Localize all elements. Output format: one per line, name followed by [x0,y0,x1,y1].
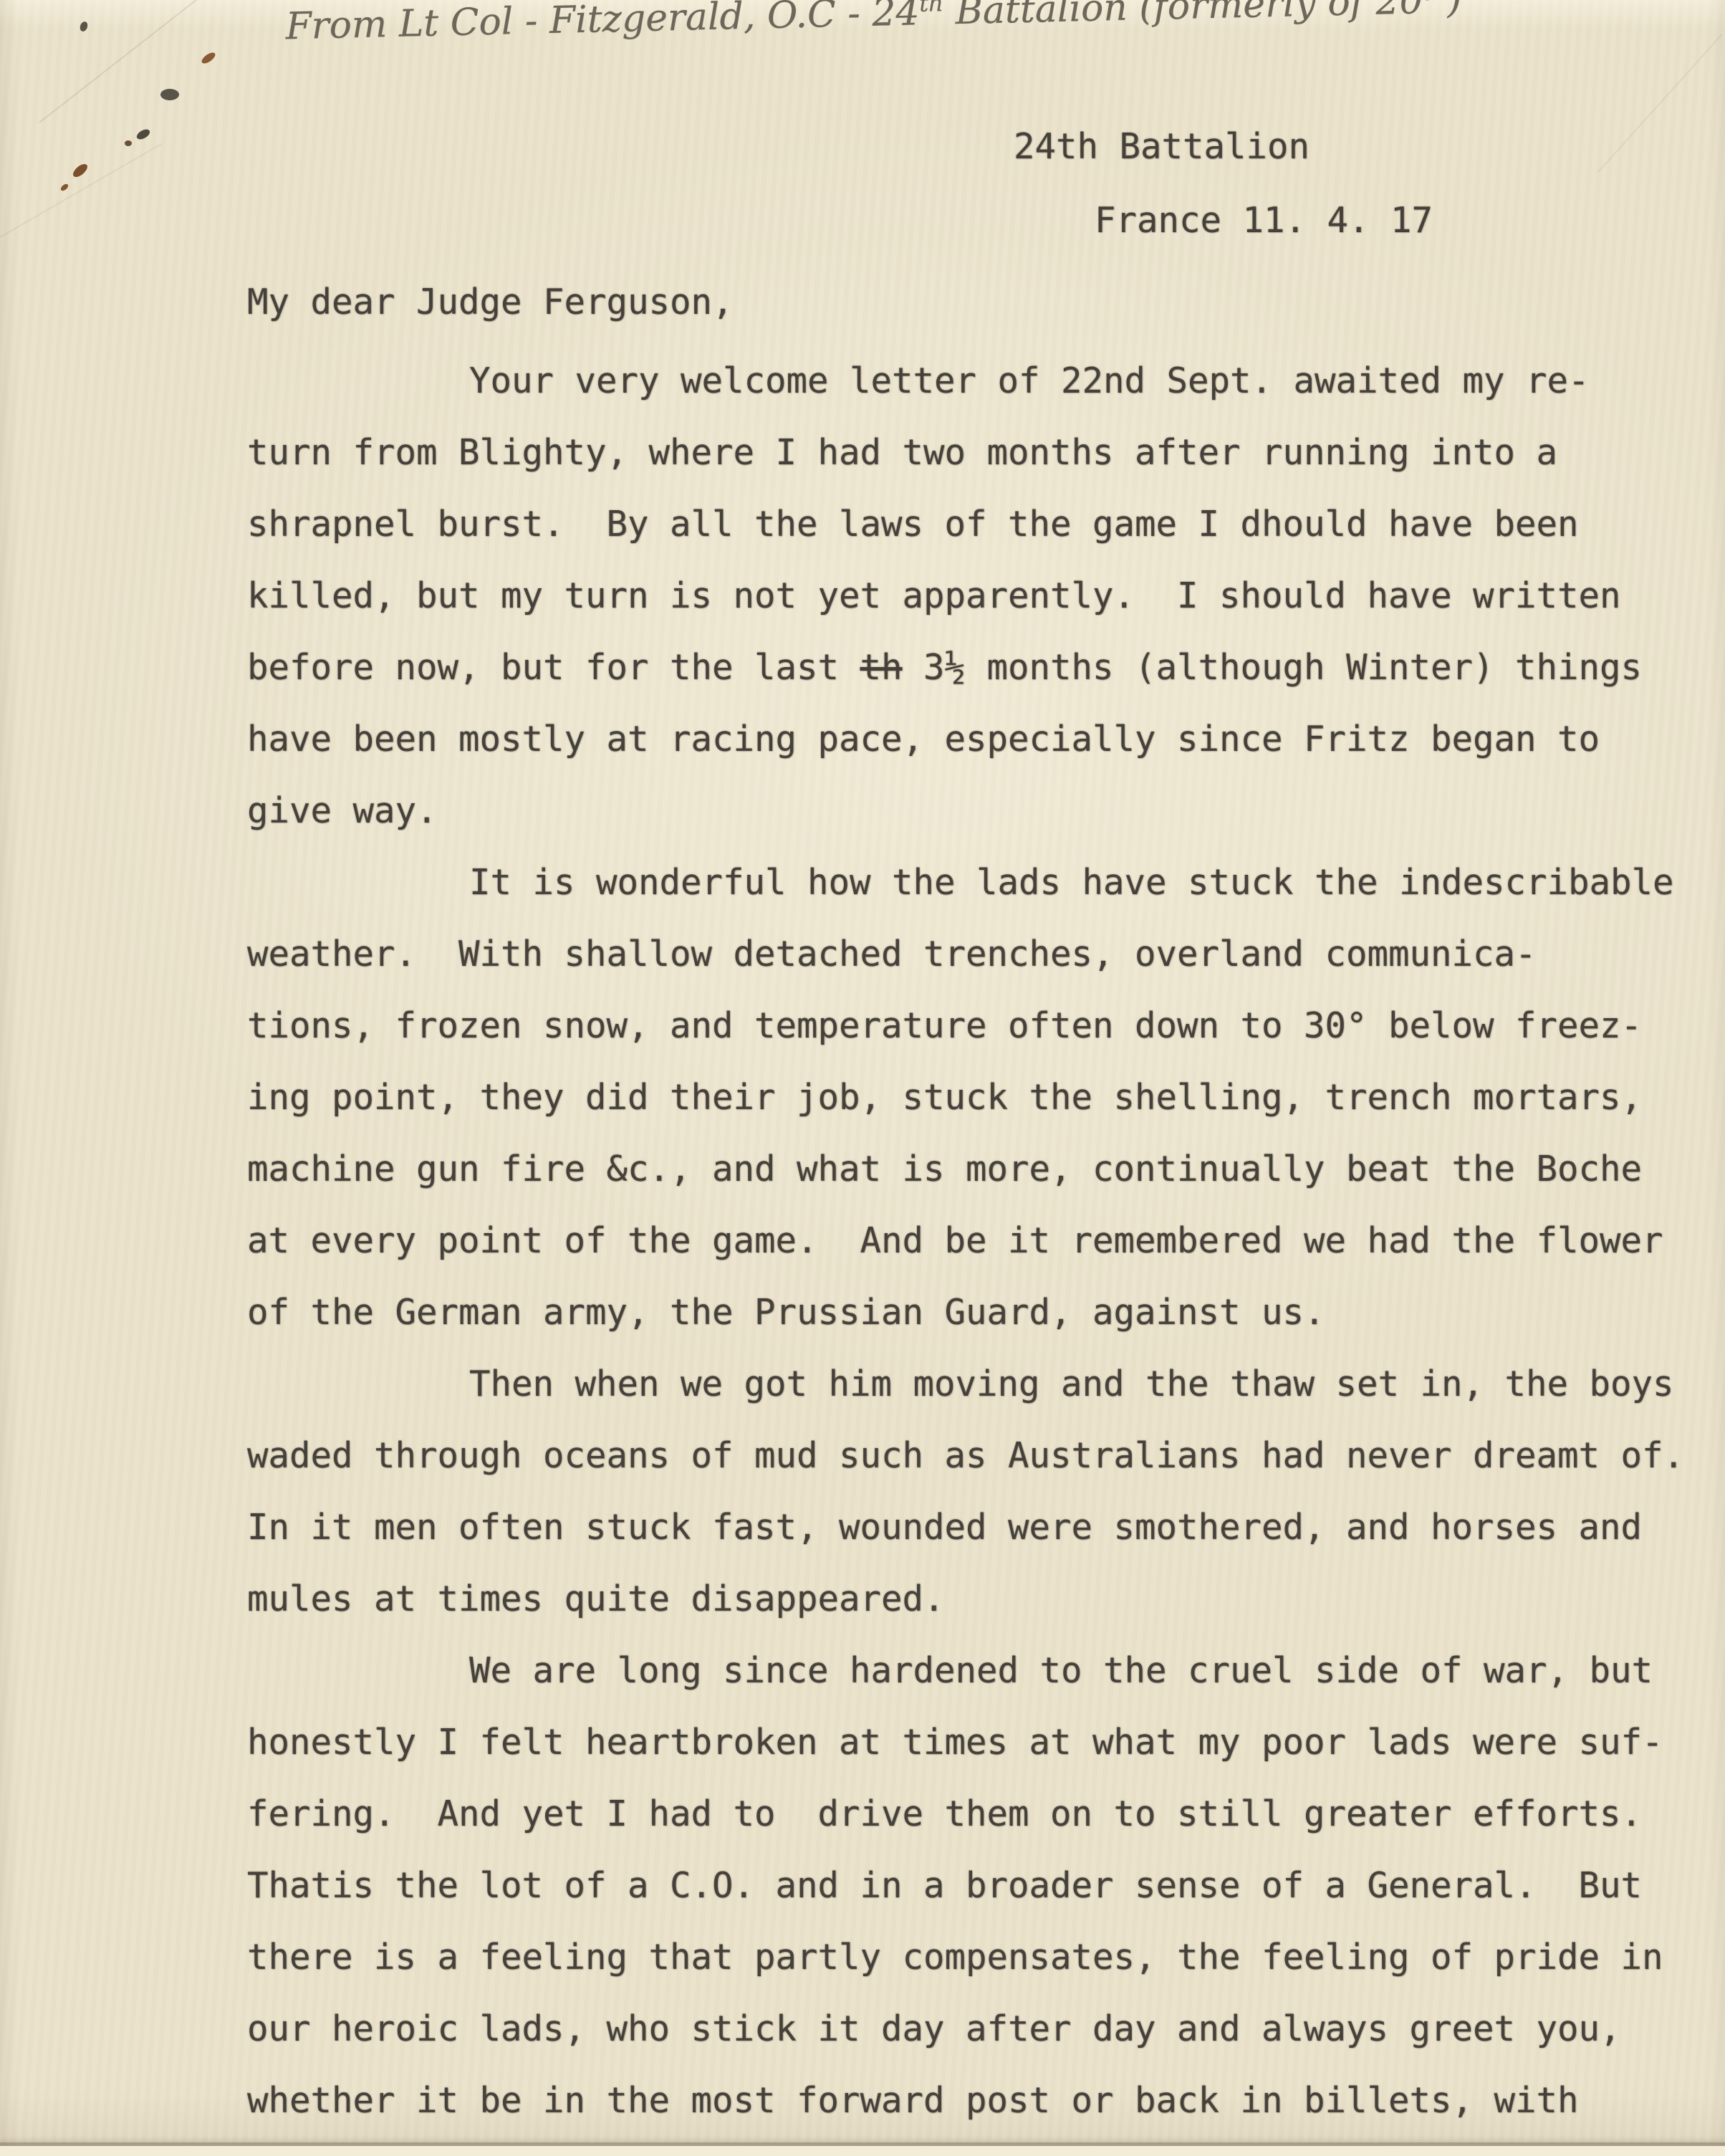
letter-line: our heroic lads, who stick it day after … [247,1993,1711,2065]
rust-speck [125,140,132,146]
rust-speck [200,51,217,66]
letter-line: fering. And yet I had to drive them on t… [247,1778,1711,1850]
letter-line: whether it be in the most forward post o… [247,2065,1711,2137]
letter-line: give way. [247,775,1711,847]
letter-line: It is wonderful how the lads have stuck … [247,847,1711,919]
letter-line-strikethrough: before now, but for the last th 3½ month… [247,632,1711,704]
letter-line: at every point of the game. And be it re… [247,1205,1711,1277]
line-text: 3½ months (although Winter) things [903,647,1643,688]
rust-speck [135,128,152,142]
salutation: My dear Judge Ferguson, [247,267,734,338]
letter-line: In it men often stuck fast, wounded were… [247,1492,1711,1563]
letter-line: there is a feeling that partly compensat… [247,1922,1711,1993]
annotation-text: From Lt Col - Fitzgerald, O.C - 24 [285,0,920,48]
letter-line: waded through oceans of mud such as Aust… [247,1420,1711,1492]
letter-line: mules at times quite disappeared. [247,1563,1711,1635]
letter-line: Thatis the lot of a C.O. and in a broade… [247,1850,1711,1922]
letter-line: shrapnel burst. By all the laws of the g… [247,489,1711,560]
rust-speck [71,162,90,180]
paper-crease [1597,34,1722,173]
line-text: before now, but for the last [247,647,860,688]
letter-line: killed, but my turn is not yet apparentl… [247,560,1711,632]
ink-mark [79,21,89,33]
handwritten-annotation: From Lt Col - Fitzgerald, O.C - 24th Bat… [285,0,1462,48]
letter-line: machine gun fire &c., and what is more, … [247,1134,1711,1205]
letterhead-unit: 24th Battalion [1014,111,1310,183]
struck-out-text: th [860,647,903,688]
letter-line: Your very welcome letter of 22nd Sept. a… [247,345,1711,417]
annotation-superscript: th [1423,0,1448,6]
letter-line: of the German army, the Prussian Guard, … [247,1277,1711,1348]
letter-body: Your very welcome letter of 22nd Sept. a… [247,345,1711,2137]
scanned-letter-page: From Lt Col - Fitzgerald, O.C - 24th Bat… [0,0,1725,2156]
paper-crease [0,143,162,238]
rust-speck [59,183,69,192]
letter-line: We are long since hardened to the cruel … [247,1635,1711,1707]
annotation-text: Battalion (formerly of 20 [943,0,1424,33]
letter-line: honestly I felt heartbroken at times at … [247,1707,1711,1778]
letter-line: tions, frozen snow, and temperature ofte… [247,990,1711,1062]
letter-line: have been mostly at racing pace, especia… [247,704,1711,775]
annotation-text: ) [1447,0,1463,22]
letter-line: turn from Blighty, where I had two month… [247,417,1711,489]
scan-background-strip [0,2146,1725,2156]
letter-line: Then when we got him moving and the thaw… [247,1348,1711,1420]
letterhead-dateline: France 11. 4. 17 [1095,185,1433,257]
paper-crease [39,0,226,123]
rust-speck [160,89,179,100]
letter-line: weather. With shallow detached trenches,… [247,919,1711,990]
letter-line: ing point, they did their job, stuck the… [247,1062,1711,1134]
annotation-superscript: th [919,0,944,17]
